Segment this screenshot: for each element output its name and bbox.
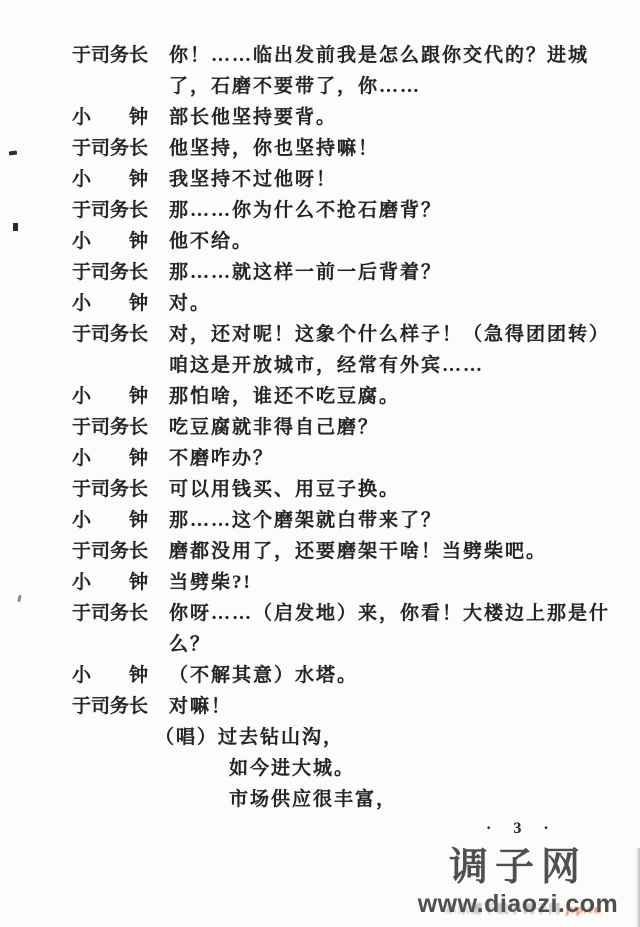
speaker-name: 小钟 [72,567,148,598]
script-line: 小钟他不给。 [72,226,612,257]
script-line: 于司务长他坚持，你也坚持嘛！ [72,133,612,164]
speaker-name: 小钟 [72,660,148,691]
page-number: · 3 · [486,820,558,838]
script-line: 小钟（不解其意）水塔。 [72,660,612,691]
script-line: 小钟对。 [72,288,612,319]
script-line: 于司务长可以用钱买、用豆子换。 [72,474,612,505]
ink-speck [17,595,21,602]
dialogue-text: 对。 [169,288,211,319]
watermark: 本乐谱下载于调子网 jsp.cn 调子网 www.diaozi.com [398,846,638,917]
dialogue-text: 你！……临出发前我是怎么跟你交代的？进城 [169,40,589,71]
script-line: 了，石磨不要带了，你…… [72,71,612,102]
script-line: 于司务长对，还对呢！这象个什么样子！（急得团团转） [72,319,612,350]
dialogue-lines: 于司务长你！……临出发前我是怎么跟你交代的？进城了，石磨不要带了，你……小钟部长… [72,40,612,815]
script-line: 咱这是开放城市，经常有外宾…… [72,350,612,381]
script-line: 小钟不磨咋办？ [72,443,612,474]
script-line: 于司务长对嘛！ [72,691,612,722]
speaker-name: 于司务长 [72,474,148,505]
dialogue-text: 市场供应很丰富， [72,784,397,815]
script-line: 么？ [72,629,612,660]
dialogue-text: 那……就这样一前一后背着？ [169,257,442,288]
speaker-name: 小钟 [72,443,148,474]
dialogue-text: 吃豆腐就非得自己磨？ [169,412,379,443]
dialogue-text: 咱这是开放城市，经常有外宾…… [72,350,484,381]
ink-speck [9,150,17,155]
dialogue-text: 对嘛！ [169,691,232,722]
script-line: （唱）过去钻山沟， [72,722,612,753]
speaker-name: 小钟 [72,505,148,536]
dialogue-text: 我坚持不过他呀！ [169,164,337,195]
script-line: 小钟当劈柴?! [72,567,612,598]
dialogue-text: 了，石磨不要带了，你…… [72,71,421,102]
script-line: 市场供应很丰富， [72,784,612,815]
dialogue-text: （唱）过去钻山沟， [72,722,344,753]
dialogue-text: 可以用钱买、用豆子换。 [169,474,400,505]
script-line: 小钟那怕啥，谁还不吃豆腐。 [72,381,612,412]
script-line: 小钟我坚持不过他呀！ [72,164,612,195]
speaker-name: 于司务长 [72,257,148,288]
speaker-name: 于司务长 [72,412,148,443]
dialogue-text: 对，还对呢！这象个什么样子！（急得团团转） [169,319,610,350]
script-page: 于司务长你！……临出发前我是怎么跟你交代的？进城了，石磨不要带了，你……小钟部长… [0,0,640,927]
dialogue-text: 如今进大城。 [72,753,355,784]
dialogue-text: 他不给。 [169,226,253,257]
speaker-name: 于司务长 [72,195,148,226]
dialogue-text: 你呀……（启发地）来，你看！大楼边上那是什 [169,598,610,629]
dialogue-text: 那怕啥，谁还不吃豆腐。 [169,381,400,412]
script-line: 小钟那……这个磨架就白带来了？ [72,505,612,536]
dialogue-text: 那……你为什么不抢石磨背？ [169,195,442,226]
dialogue-text: 么？ [72,629,211,660]
speaker-name: 小钟 [72,102,148,133]
speaker-name: 于司务长 [72,536,148,567]
script-line: 于司务长你！……临出发前我是怎么跟你交代的？进城 [72,40,612,71]
dialogue-text: 不磨咋办？ [169,443,274,474]
watermark-site-url: www.diaozi.com [398,891,638,917]
speaker-name: 小钟 [72,164,148,195]
dialogue-text: 磨都没用了，还要磨架干啥！当劈柴吧。 [169,536,547,567]
script-line: 如今进大城。 [72,753,612,784]
script-line: 于司务长吃豆腐就非得自己磨？ [72,412,612,443]
speaker-name: 于司务长 [72,133,148,164]
speaker-name: 于司务长 [72,691,148,722]
script-line: 于司务长那……就这样一前一后背着？ [72,257,612,288]
dialogue-text: 那……这个磨架就白带来了？ [169,505,442,536]
dialogue-text: 部长他坚持要背。 [169,102,337,133]
script-line: 于司务长磨都没用了，还要磨架干啥！当劈柴吧。 [72,536,612,567]
ink-speck [13,223,18,231]
script-line: 小钟部长他坚持要背。 [72,102,612,133]
speaker-name: 于司务长 [72,598,148,629]
watermark-site-name: 调子网 [398,846,638,890]
dialogue-text: 当劈柴?! [169,567,252,598]
script-line: 于司务长那……你为什么不抢石磨背？ [72,195,612,226]
speaker-name: 小钟 [72,381,148,412]
speaker-name: 小钟 [72,226,148,257]
dialogue-text: （不解其意）水塔。 [169,660,358,691]
speaker-name: 于司务长 [72,40,148,71]
speaker-name: 小钟 [72,288,148,319]
script-line: 于司务长你呀……（启发地）来，你看！大楼边上那是什 [72,598,612,629]
speaker-name: 于司务长 [72,319,148,350]
dialogue-text: 他坚持，你也坚持嘛！ [169,133,379,164]
